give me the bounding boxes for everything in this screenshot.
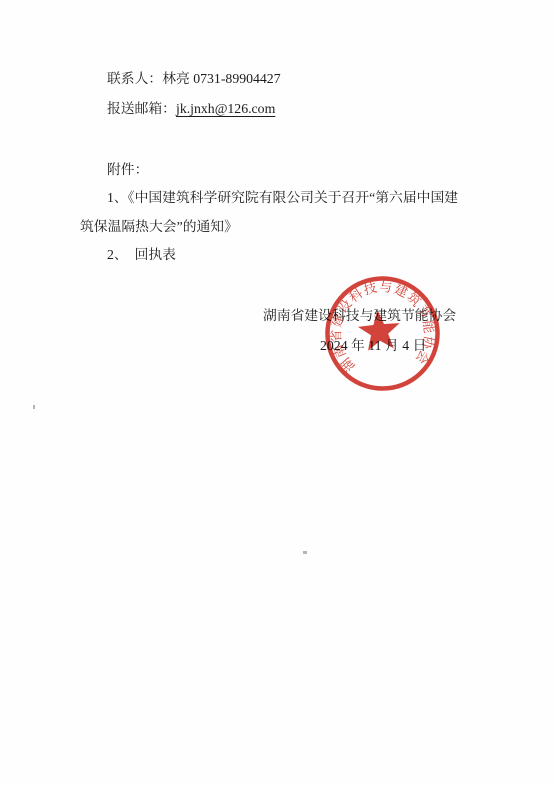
attachments-heading: 附件： [107,162,148,177]
scan-speck [33,405,35,409]
email-line: 报送邮箱：jk.jnxh@126.com [107,101,275,116]
attachment-item-2: 2、 回执表 [107,247,176,262]
contact-label: 联系人： [107,71,162,86]
email-label: 报送邮箱： [107,101,176,116]
official-seal: 湖南省建设科技与建筑节能协会 [321,272,444,395]
contact-value: 林亮 0731-89904427 [162,71,280,86]
attachment-item-1-line-2: 筑保温隔热大会”的通知》 [80,219,238,234]
scan-speck [303,551,307,554]
document-page: 联系人：林亮 0731-89904427 报送邮箱：jk.jnxh@126.co… [0,0,555,785]
email-value: jk.jnxh@126.com [176,101,275,116]
contact-line: 联系人：林亮 0731-89904427 [107,71,281,86]
seal-star-icon [357,308,402,351]
attachment-item-1-line-1: 1、《中国建筑科学研究院有限公司关于召开“第六届中国建 [107,190,458,205]
